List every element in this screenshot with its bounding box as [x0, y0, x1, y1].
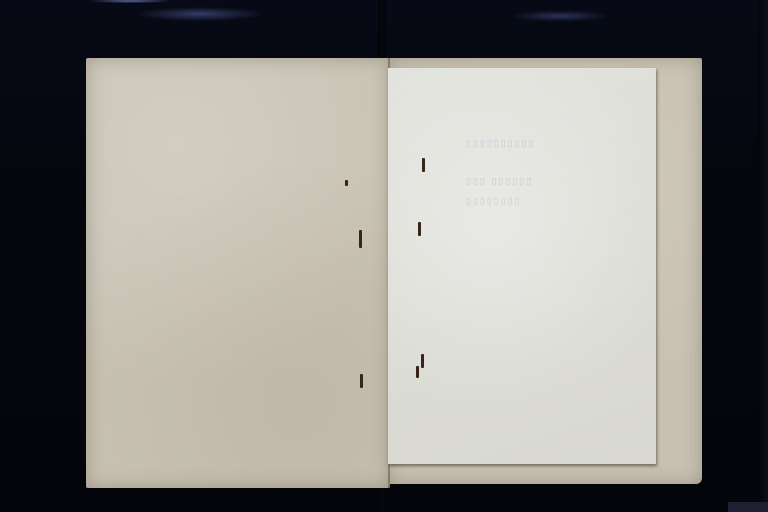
binding-hole — [345, 180, 348, 186]
frame-edge — [758, 0, 768, 512]
faint-text-line: ▯▯▯▯▯▯▯▯▯▯ — [466, 138, 536, 149]
left-page — [86, 58, 390, 488]
binding-hole — [360, 374, 363, 388]
corner-tab — [728, 502, 768, 512]
tissue-overlay-sheet: ▯▯▯▯▯▯▯▯▯▯ ▯▯▯ ▯▯▯▯▯▯ ▯▯▯▯▯▯▯▯ — [388, 68, 656, 464]
binding-hole — [421, 354, 424, 368]
faint-text-line: ▯▯▯ ▯▯▯▯▯▯ — [466, 176, 533, 187]
binding-hole — [422, 158, 425, 172]
binding-hole — [418, 222, 421, 236]
binding-hole — [416, 366, 419, 378]
binding-hole — [359, 230, 362, 248]
faint-text-line: ▯▯▯▯▯▯▯▯ — [466, 196, 522, 207]
